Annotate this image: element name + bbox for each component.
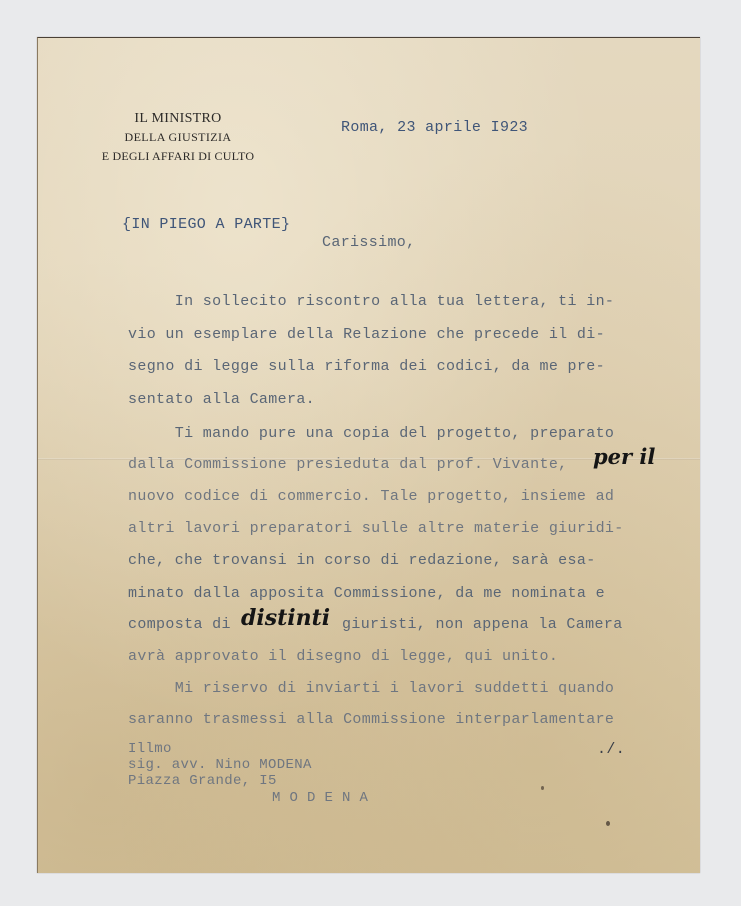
body-line: minato dalla apposita Commissione, da me… xyxy=(128,585,605,602)
ink-spot xyxy=(541,786,544,790)
body-line: sentato alla Camera. xyxy=(128,391,315,408)
enclosure-note: {IN PIEGO A PARTE} xyxy=(122,216,290,233)
address-city: M O D E N A xyxy=(272,790,368,807)
address-line: Illmo xyxy=(128,741,172,758)
body-line: nuovo codice di commercio. Tale progetto… xyxy=(128,488,614,505)
body-line: In sollecito riscontro alla tua lettera,… xyxy=(128,293,614,310)
ink-spot xyxy=(606,821,610,826)
address-line: Piazza Grande, I5 xyxy=(128,773,277,790)
body-line: Mi riservo di inviarti i lavori suddetti… xyxy=(128,680,614,697)
body-line: avrà approvato il disegno di legge, qui … xyxy=(128,648,558,665)
handwritten-insert-per-il: per il xyxy=(593,444,655,469)
body-line: altri lavori preparatori sulle altre mat… xyxy=(128,520,624,537)
continuation-mark: ./. xyxy=(597,741,625,758)
letterhead-ministry-2: E DEGLI AFFARI DI CULTO xyxy=(93,147,263,166)
salutation: Carissimo, xyxy=(322,234,416,251)
body-line: composta di xyxy=(128,616,231,633)
address-line: sig. avv. Nino MODENA xyxy=(128,757,312,774)
date-line: Roma, 23 aprile I923 xyxy=(341,119,528,136)
body-line: vio un esemplare della Relazione che pre… xyxy=(128,326,605,343)
handwritten-insert-distinti: distinti xyxy=(241,605,330,631)
body-line-tail: giuristi, non appena la Camera xyxy=(342,616,623,633)
letterhead-title: IL MINISTRO xyxy=(93,109,263,128)
body-line: segno di legge sulla riforma dei codici,… xyxy=(128,358,605,375)
letterhead: IL MINISTRO DELLA GIUSTIZIA E DEGLI AFFA… xyxy=(93,109,263,166)
body-line: dalla Commissione presieduta dal prof. V… xyxy=(128,456,568,473)
body-line: che, che trovansi in corso di redazione,… xyxy=(128,552,596,569)
body-line: Ti mando pure una copia del progetto, pr… xyxy=(128,425,614,442)
letter-sheet: IL MINISTRO DELLA GIUSTIZIA E DEGLI AFFA… xyxy=(37,37,700,873)
letterhead-ministry: DELLA GIUSTIZIA xyxy=(93,128,263,147)
body-line: saranno trasmessi alla Commissione inter… xyxy=(128,711,614,728)
